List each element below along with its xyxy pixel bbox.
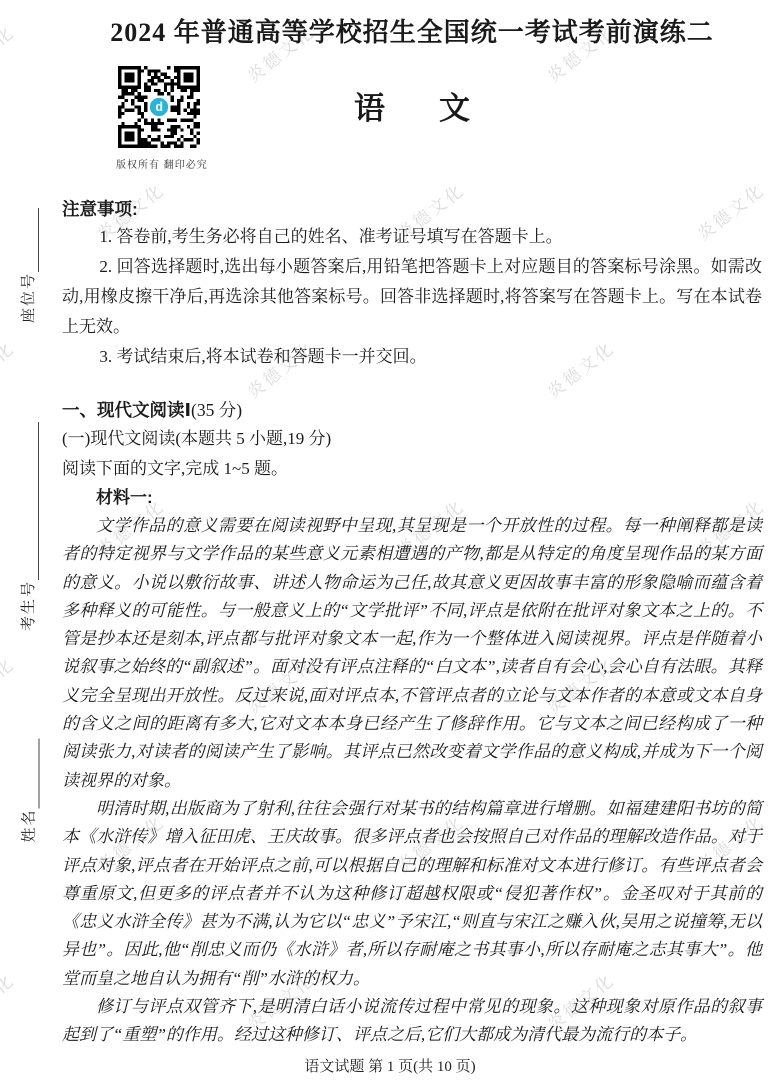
page-content: 2024 年普通高等学校招生全国统一考试考前演练二 d 版权所有 翻印必究 语 … — [0, 14, 780, 1050]
notice-title: 注意事项: — [62, 196, 762, 222]
material-text: 文学作品的意义需要在阅读视野中呈现,其呈现是一个开放性的过程。每一种阐释都是读者… — [62, 512, 762, 1050]
notice-item: 1. 答卷前,考生务必将自己的姓名、准考证号填写在答题卡上。 — [62, 222, 762, 252]
notice-item: 2. 回答选择题时,选出每小题答案后,用铅笔把答题卡上对应题目的答案标号涂黑。如… — [62, 252, 762, 342]
page-footer: 语文试题 第 1 页(共 10 页) — [0, 1055, 780, 1076]
notice-section: 注意事项: 1. 答卷前,考生务必将自己的姓名、准考证号填写在答题卡上。2. 回… — [62, 196, 762, 372]
reading-instruction: 阅读下面的文字,完成 1~5 题。 — [62, 454, 762, 484]
section-heading: 一、现代文阅读Ⅰ(35 分) — [62, 396, 762, 424]
page-title: 2024 年普通高等学校招生全国统一考试考前演练二 — [62, 14, 762, 52]
subsection-heading: (一)现代文阅读(本题共 5 小题,19 分) — [62, 424, 762, 454]
material-paragraph: 明清时期,出版商为了射利,往往会强行对某书的结构篇章进行增删。如福建建阳书坊的简… — [62, 795, 762, 993]
exam-paper-page: 炎德文化炎德文化炎德文化炎德文化炎德文化炎德文化炎德文化炎德文化炎德文化炎德文化… — [0, 0, 780, 1086]
section-heading-text: 一、现代文阅读Ⅰ — [62, 400, 191, 420]
material-one-label: 材料一: — [62, 484, 762, 512]
qr-caption: 版权所有 翻印必究 — [116, 156, 202, 171]
header-row: d 版权所有 翻印必究 语 文 — [62, 66, 762, 166]
subject-char-2: 文 — [439, 92, 470, 126]
material-paragraph: 修订与评点双管齐下,是明清白话小说流传过程中常见的现象。这种现象对原作品的叙事起… — [62, 993, 762, 1050]
subject-char-1: 语 — [354, 92, 385, 126]
notice-list: 1. 答卷前,考生务必将自己的姓名、准考证号填写在答题卡上。2. 回答选择题时,… — [62, 222, 762, 372]
material-paragraph: 文学作品的意义需要在阅读视野中呈现,其呈现是一个开放性的过程。每一种阐释都是读者… — [62, 512, 762, 795]
notice-item: 3. 考试结束后,将本试卷和答题卡一并交回。 — [62, 342, 762, 372]
subject-title: 语 文 — [62, 92, 762, 126]
section-heading-score: (35 分) — [191, 400, 242, 420]
